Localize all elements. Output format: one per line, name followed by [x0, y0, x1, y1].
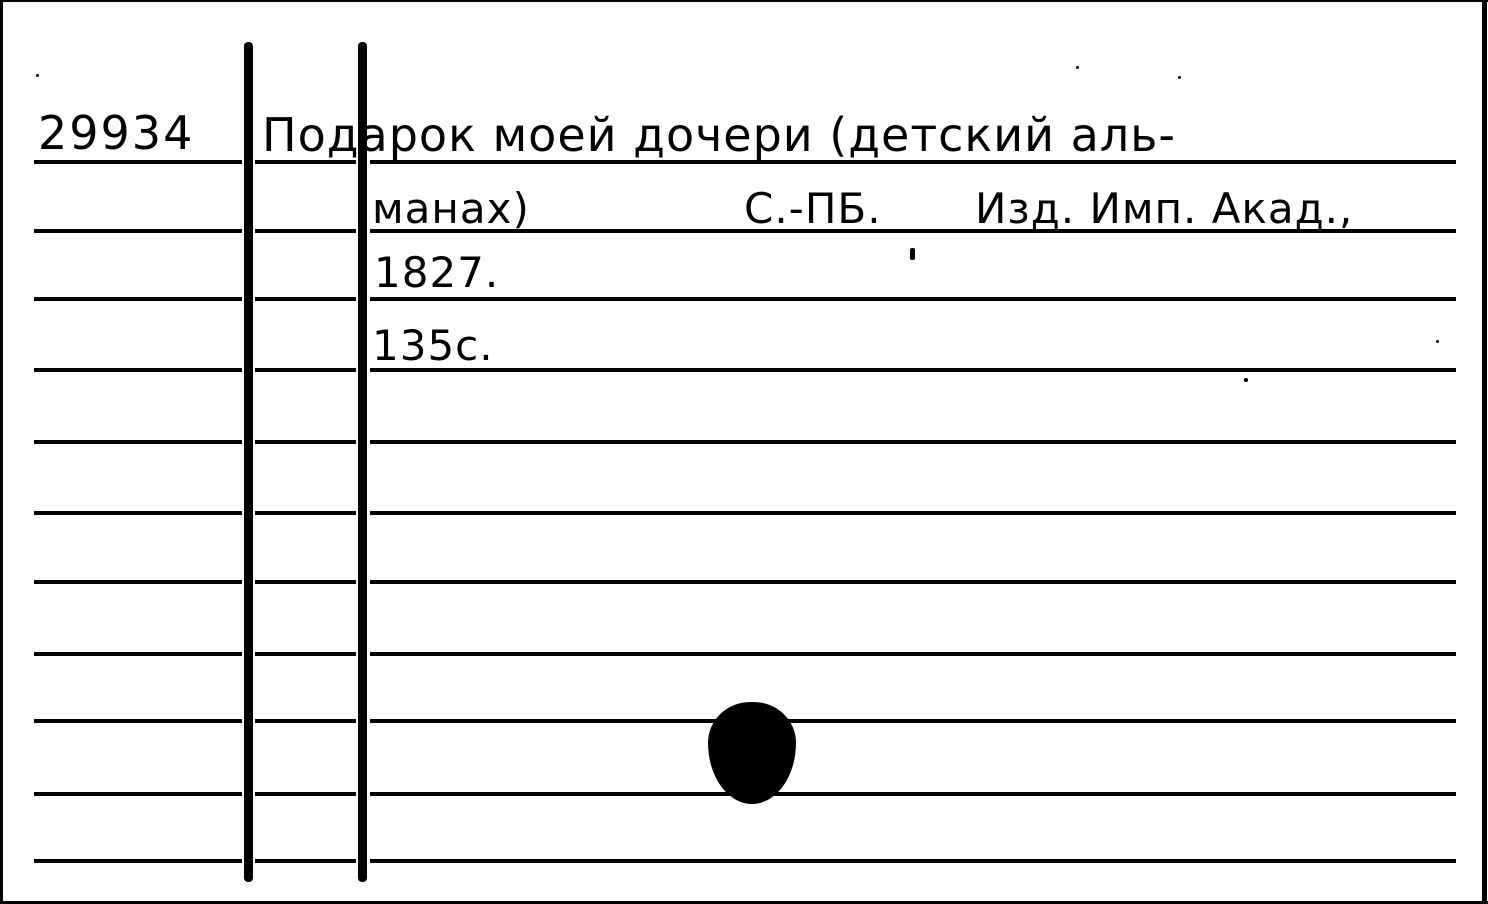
- card-border-top: [0, 0, 1488, 2]
- ruled-line: [370, 580, 1456, 584]
- catalog-card: 29934 Подарок моей дочери (детский аль- …: [0, 0, 1488, 904]
- page-count: 135с.: [372, 325, 494, 367]
- ruled-line: [255, 719, 356, 723]
- ruled-line: [34, 652, 242, 656]
- title-line-2: манах): [372, 188, 530, 230]
- ruled-line: [255, 368, 356, 372]
- ruled-line: [255, 297, 356, 301]
- ruled-line: [370, 440, 1456, 444]
- ruled-line: [370, 652, 1456, 656]
- ruled-line: [255, 580, 356, 584]
- ruled-line: [370, 297, 1456, 301]
- card-border-left: [0, 0, 3, 904]
- ruled-line: [34, 580, 242, 584]
- ruled-line: [255, 440, 356, 444]
- publisher: Изд. Имп. Акад.,: [975, 188, 1353, 230]
- ruled-line: [34, 792, 242, 796]
- ruled-line: [255, 652, 356, 656]
- call-number: 29934: [38, 110, 194, 156]
- publication-place: С.-ПБ.: [744, 188, 882, 230]
- card-border-right: [1482, 0, 1487, 904]
- ruled-line: [370, 368, 1456, 372]
- ruled-line: [370, 859, 1456, 863]
- column-divider-right: [358, 42, 367, 882]
- ruled-line: [34, 511, 242, 515]
- punch-hole: [708, 702, 796, 804]
- ruled-line: [370, 719, 1456, 723]
- ruled-line: [255, 859, 356, 863]
- ruled-line: [34, 859, 242, 863]
- ruled-line: [370, 792, 1456, 796]
- scan-speck: [1436, 340, 1439, 343]
- scan-speck: [1076, 66, 1079, 69]
- ruled-line: [34, 719, 242, 723]
- ruled-line: [34, 440, 242, 444]
- ruled-line: [34, 160, 242, 164]
- ruled-line: [34, 368, 242, 372]
- ruled-line: [255, 511, 356, 515]
- publication-year: 1827.: [374, 252, 499, 294]
- ruled-line: [34, 297, 242, 301]
- ruled-line: [255, 792, 356, 796]
- title-line-1: Подарок моей дочери (детский аль-: [262, 112, 1176, 158]
- ruled-line: [255, 229, 356, 233]
- scan-speck: [910, 248, 915, 260]
- column-divider-left: [244, 42, 253, 882]
- scan-speck: [1178, 76, 1181, 79]
- scan-speck: [1244, 378, 1248, 382]
- ruled-line: [370, 511, 1456, 515]
- scan-speck: [36, 74, 39, 77]
- ruled-line: [34, 229, 242, 233]
